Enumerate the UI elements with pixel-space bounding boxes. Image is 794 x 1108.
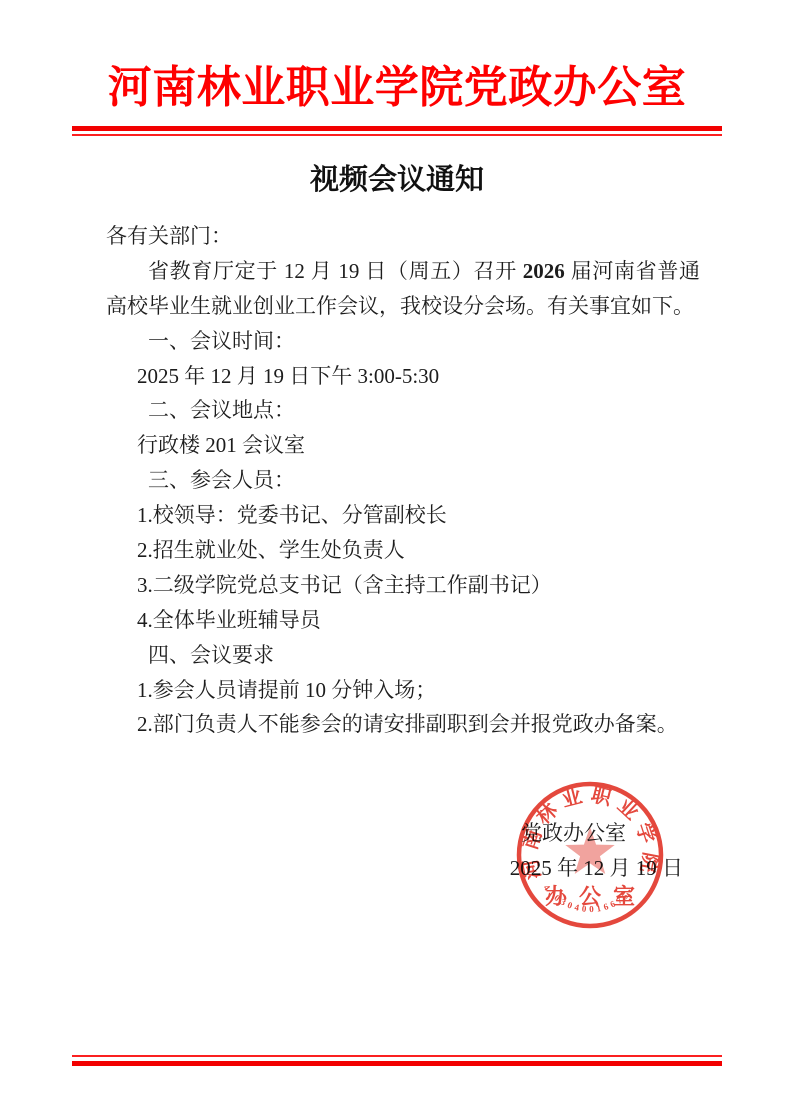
line-requirement-1: 1.参会人员请提前 10 分钟入场； <box>106 673 700 708</box>
document-title: 视频会议通知 <box>0 157 794 198</box>
heading-requirements: 四、会议要求 <box>106 638 700 673</box>
footer-rule-thin <box>72 1055 722 1057</box>
line-attendee-4: 4.全体毕业班辅导员 <box>106 603 700 638</box>
document-page: 河南林业职业学院党政办公室 视频会议通知 各有关部门： 省教育厅定于 12 月 … <box>0 0 794 1108</box>
letterhead-office-name: 河南林业职业学院党政办公室 <box>0 51 794 115</box>
line-meeting-place: 行政楼 201 会议室 <box>106 428 700 463</box>
line-requirement-2: 2.部门负责人不能参会的请安排副职到会并报党政办备案。 <box>106 707 700 742</box>
line-attendee-1: 1.校领导：党委书记、分管副校长 <box>106 498 700 533</box>
intro-bold-year: 2026 <box>523 259 565 283</box>
letterhead-rule-thin <box>72 134 722 136</box>
seal-bottom-text: 办公室 <box>545 884 647 909</box>
intro-text-before: 省教育厅定于 12 月 19 日（周五）召开 <box>148 259 523 283</box>
salutation: 各有关部门： <box>106 219 700 254</box>
line-meeting-time: 2025 年 12 月 19 日下午 3:00-5:30 <box>106 359 700 394</box>
intro-paragraph: 省教育厅定于 12 月 19 日（周五）召开 2026 届河南省普通高校毕业生就… <box>106 254 700 324</box>
heading-meeting-time: 一、会议时间： <box>106 324 700 359</box>
heading-meeting-place: 二、会议地点： <box>106 393 700 428</box>
star-icon <box>565 827 614 874</box>
official-seal: 河南林业职业学院 4103040016675 办公室 <box>514 779 666 931</box>
heading-attendees: 三、参会人员： <box>106 463 700 498</box>
document-body: 各有关部门： 省教育厅定于 12 月 19 日（周五）召开 2026 届河南省普… <box>106 219 700 742</box>
letterhead-rule-thick <box>72 126 722 131</box>
line-attendee-2: 2.招生就业处、学生处负责人 <box>106 533 700 568</box>
line-attendee-3: 3.二级学院党总支书记（含主持工作副书记） <box>106 568 700 603</box>
footer-rule-thick <box>72 1061 722 1066</box>
